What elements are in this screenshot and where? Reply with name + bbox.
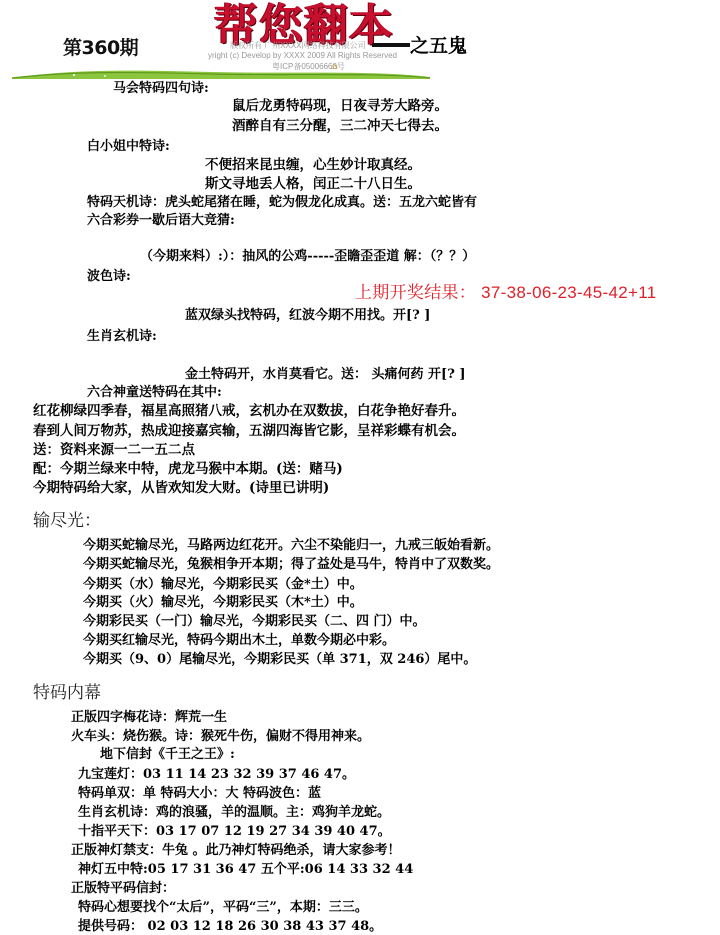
shendeng-numbers: 神灯五中特:05 17 31 36 47 五个平:06 14 33 32 44 — [78, 861, 413, 879]
provided-numbers: 提供号码： 02 03 12 18 26 30 38 43 37 48。 — [78, 918, 382, 935]
temaneimu-line-3: 地下信封《千王之王》: — [100, 746, 235, 764]
tema-odd-even: 特码单双：单 特码大小：大 特码波色：蓝 — [78, 785, 321, 803]
shengxiao-line: 金土特码开，水肖莫看它。送： 头痛何药 开[? ] — [185, 366, 466, 384]
copyright-line-1: 版权所有 广州XXXX网络科技有限公司 — [230, 40, 366, 51]
bai-label: 白小姐中特诗: — [87, 138, 170, 156]
temaneimu-line-2: 火车头：烧伤猴。诗：猴死牛伤，偏财不得用神来。 — [71, 728, 370, 746]
jiubao-lantern-numbers: 九宝莲灯：03 11 14 23 32 39 37 46 47。 — [78, 766, 355, 784]
shujinguang-line-2: 今期买蛇输尽光，兔猴相争开本期；得了益处是马牛，特肖中了双数奖。 — [83, 556, 499, 574]
temaneimu-heading: 特码内幕 — [33, 678, 101, 703]
green-banner — [12, 67, 430, 79]
shujinguang-line-7: 今期买（9、0）尾输尽光，今期彩民买（单 371，双 246）尾中。 — [83, 651, 476, 669]
shizhi-numbers: 十指平天下：03 17 07 12 19 27 34 39 40 47。 — [78, 823, 391, 841]
xiehouyu-riddle: （今期来料）:）：抽风的公鸡-----歪瞻歪歪道 解：（？？） — [140, 248, 475, 266]
shentong-line-3: 送：资料来源一二一五二点 — [33, 441, 195, 460]
bai-line-2: 斯文寻地丢人格，闰正二十八日生。 — [205, 175, 421, 194]
tepingma-line: 特码心想要找个“太后”，平码“三”，本期：三三。 — [78, 899, 368, 917]
shentong-label: 六合神童送特码在其中: — [87, 384, 222, 402]
shujinguang-heading: 输尽光： — [33, 506, 101, 531]
shentong-line-2: 春到人间万物苏，热成迎接嘉宾输，五湖四海皆它影，呈祥彩蝶有机会。 — [33, 422, 465, 441]
bose-line: 蓝双绿头找特码，红波今期不用找。开[? ] — [185, 307, 430, 325]
shentong-line-5: 今期特码给大家，从皆欢知发大财。(诗里已讲明) — [33, 479, 329, 498]
shujinguang-line-1: 今期买蛇输尽光，马路两边红花开。六尘不染能归一，九戒三皈始看新。 — [83, 537, 499, 555]
shentong-line-1: 红花柳绿四季春，福星高照猪八戒，玄机办在双数拔，白花争艳好春升。 — [33, 402, 465, 421]
page-subtitle: 之五鬼 — [410, 31, 467, 58]
shujinguang-line-5: 今期彩民买（一门）输尽光，今期彩民买（二、四 门）中。 — [83, 613, 426, 631]
shengxiao-poem: 生肖玄机诗：鸡的浪骚，羊的温顺。主：鸡狗羊龙蛇。 — [78, 804, 390, 822]
tepingma-label: 正版特平码信封： — [71, 880, 175, 898]
tianji-poem: 特码天机诗：虎头蛇尾猪在睡，蛇为假龙化成真。送：五龙六蛇皆有 — [87, 194, 477, 212]
xiehouyu-label: 六合彩券一歇后语大竞猜: — [87, 212, 235, 230]
bose-label: 波色诗: — [87, 268, 131, 286]
mahui-line-2: 酒醉自有三分醒，三二冲天七得去。 — [232, 117, 448, 136]
shujinguang-line-4: 今期买（火）输尽光，今期彩民买（木*土）中。 — [83, 594, 363, 612]
title-dash — [372, 43, 410, 47]
issue-number: 第360期 — [63, 33, 138, 60]
temaneimu-line-1: 正版四字梅花诗：辉荒一生 — [71, 709, 227, 727]
mahui-label: 马会特码四句诗: — [113, 80, 209, 98]
shujinguang-line-3: 今期买（水）输尽光，今期彩民买（金*土）中。 — [83, 576, 363, 594]
house-icon: ⌂ — [331, 62, 338, 72]
mahui-line-1: 鼠后龙勇特码现，日夜寻芳大路旁。 — [232, 97, 448, 116]
last-draw-result: 上期开奖结果： 37-38-06-23-45-42+11 — [355, 278, 656, 303]
shendeng-forbidden: 正版神灯禁支：牛兔 。此乃神灯特码绝杀，请大家参考！ — [71, 842, 401, 860]
bai-line-1: 不便招来昆虫缠，心生妙计取真经。 — [205, 156, 421, 175]
copyright-line-2: yright (c) Develop by XXXX 2009 All Righ… — [208, 51, 397, 60]
shentong-line-4: 配：今期兰绿来中特，虎龙马猴中本期。(送：赌马) — [33, 460, 343, 479]
shengxiao-label: 生肖玄机诗: — [87, 328, 157, 346]
shujinguang-line-6: 今期买红输尽光，特码今期出木土，单数今期必中彩。 — [83, 632, 395, 650]
